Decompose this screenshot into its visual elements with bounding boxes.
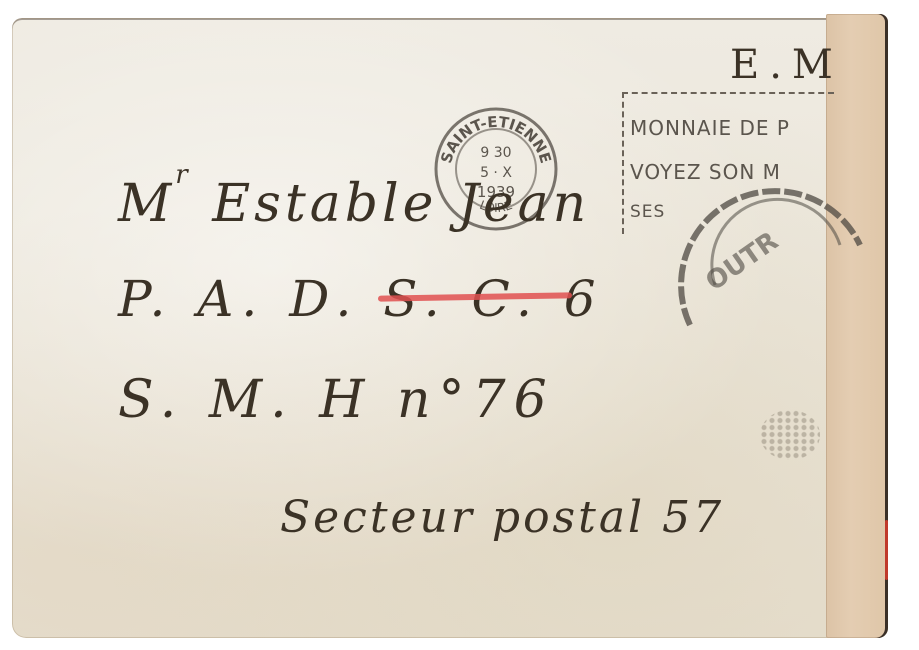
address-line-3: S. M. H n°76 xyxy=(118,370,555,430)
slogan-line-2: VOYEZ SON M xyxy=(630,160,781,184)
address-line-4: Secteur postal 57 xyxy=(280,492,724,543)
recipient-name: Estable Jean xyxy=(212,174,590,234)
address-line-1: Mr Estable Jean xyxy=(118,160,590,234)
svg-text:9 30: 9 30 xyxy=(480,145,511,161)
slogan-line-3: SES xyxy=(630,202,665,222)
title-suffix: r xyxy=(175,160,191,190)
postmark-second: OUTR xyxy=(670,185,880,395)
title-prefix: M xyxy=(118,174,175,234)
ink-stain xyxy=(760,410,820,460)
annotation-em: E.M xyxy=(730,42,843,88)
red-edge-mark xyxy=(885,520,888,580)
slogan-line-1: MONNAIE DE P xyxy=(630,116,790,140)
